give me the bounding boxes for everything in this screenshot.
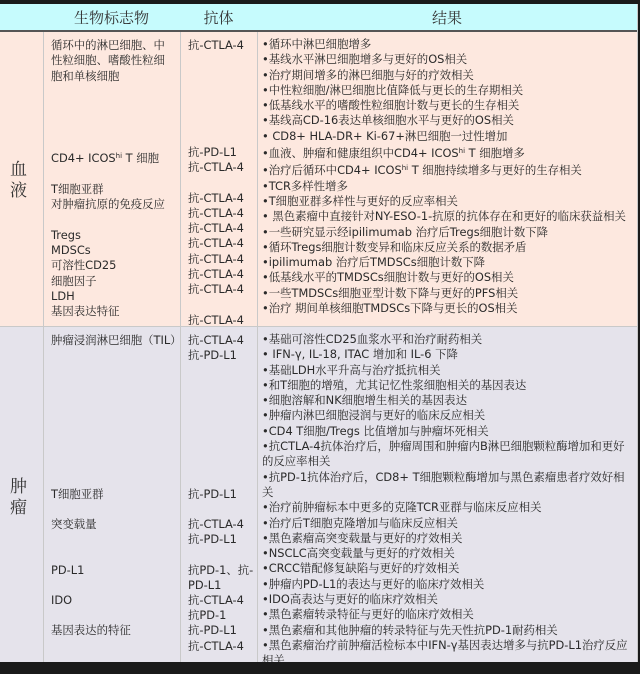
antibody-cell: 抗-CTLA-4 <box>188 221 258 236</box>
antibody-cell: 抗-PD-L1 <box>188 145 258 160</box>
result-item: •一些TMDSCs细胞亚型计数下降与更好的PFS相关 <box>262 286 634 301</box>
tumor-section: 肿瘤 肿瘤浸润淋巴细胞（TIL）T细胞亚群突变载量PD-L1IDO基因表达的特征… <box>0 327 637 662</box>
antibody-cell: 抗-CTLA-4 <box>188 191 258 206</box>
antibody-cell: 抗-CTLA-4 <box>188 252 258 267</box>
result-item: •黑色素瘤和其他肿瘤的转录特征与先天性抗PD-1耐药相关 <box>262 623 634 638</box>
antibody-cell: 抗-CTLA-4 <box>188 267 258 282</box>
biomarker-cell: PD-L1 <box>51 563 176 578</box>
antibody-cell: 抗-CTLA-4 <box>188 206 258 221</box>
result-item: •治疗期间增多的淋巴细胞与好的疗效相关 <box>262 68 634 83</box>
antibody-cell: 抗-CTLA-4 <box>188 38 258 53</box>
blood-section: 血液 循环中的淋巴细胞、中性粒细胞、嗜酸性粒细胞和单核细胞CD4+ ICOShi… <box>0 32 637 327</box>
result-item: •抗PD-1抗体治疗后，CD8+ T细胞颗粒酶增加与黑色素瘤患者疗效好相关 <box>262 470 634 501</box>
result-item: •CRCC错配修复缺陷与更好的疗效相关 <box>262 561 634 576</box>
bottom-frame <box>0 662 640 674</box>
result-item: •基线水平淋巴细胞增多与更好的OS相关 <box>262 52 634 67</box>
results-list: •循环中淋巴细胞增多•基线水平淋巴细胞增多与更好的OS相关•治疗期间增多的淋巴细… <box>262 37 634 316</box>
result-item: •血液、肿瘤和健康组织中CD4+ ICOShi T 细胞增多 <box>262 144 634 161</box>
biomarker-cell: 细胞因子 <box>51 274 176 289</box>
biomarker-cell: T细胞亚群 <box>51 182 176 197</box>
biomarker-cell: 肿瘤浸润淋巴细胞（TIL） <box>51 333 176 348</box>
result-item: •NSCLC高突变载量与更好的疗效相关 <box>262 546 634 561</box>
result-item: •治疗后T细胞克隆增加与临床反应相关 <box>262 516 634 531</box>
result-item: •治疗前肿瘤标本中更多的克隆TCR亚群与临床反应相关 <box>262 500 634 515</box>
result-item: • IFN-γ, IL-18, ITAC 增加和 IL-6 下降 <box>262 347 634 362</box>
biomarker-cell: T细胞亚群 <box>51 487 176 502</box>
biomarker-cell: 基因表达的特征 <box>51 623 176 638</box>
result-item: •循环中淋巴细胞增多 <box>262 37 634 52</box>
biomarker-table: 生物标志物 抗体 结果 血液 循环中的淋巴细胞、中性粒细胞、嗜酸性粒细胞和单核细… <box>0 4 638 662</box>
antibody-cell: 抗-CTLA-4 <box>188 333 258 348</box>
result-item: • 黑色素瘤中直接针对NY-ESO-1-抗原的抗体存在和更好的临床获益相关 <box>262 209 634 224</box>
result-item: •肿瘤内PD-L1的表达与更好的临床疗效相关 <box>262 577 634 592</box>
biomarker-cell: Tregs <box>51 228 176 243</box>
biomarker-cell: 对肿瘤抗原的免疫反应 <box>51 197 176 212</box>
result-item: •低基线水平的嗜酸性粒细胞计数与更长的生存相关 <box>262 98 634 113</box>
header-result: 结果 <box>257 7 637 28</box>
biomarker-cell: CD4+ ICOShi T 细胞 <box>51 149 176 166</box>
biomarker-cell: 循环中的淋巴细胞、中性粒细胞、嗜酸性粒细胞和单核细胞 <box>51 38 176 84</box>
result-item: •黑色素瘤转录特征与更好的临床疗效相关 <box>262 607 634 622</box>
biomarker-cell: 可溶性CD25 <box>51 258 176 273</box>
antibody-cell: 抗-CTLA-4 <box>188 160 258 175</box>
result-item: •CD4 T细胞/Tregs 比值增加与肿瘤坏死相关 <box>262 424 634 439</box>
biomarker-cell: IDO <box>51 593 176 608</box>
result-item: •基础LDH水平升高与治疗抵抗相关 <box>262 363 634 378</box>
blood-label: 血液 <box>10 160 32 202</box>
antibody-cell: 抗-PD-L1 <box>188 487 258 502</box>
result-item: •T细胞亚群多样性与更好的反应率相关 <box>262 194 634 209</box>
tumor-label: 肿瘤 <box>10 477 32 519</box>
biomarker-cell: LDH <box>51 289 176 304</box>
antibody-cell: 抗-CTLA-4 <box>188 282 258 297</box>
header-antibody: 抗体 <box>180 7 257 28</box>
result-item: •循环Tregs细胞计数变异和临床反应关系的数据矛盾 <box>262 240 634 255</box>
result-item: •中性粒细胞/淋巴细胞比值降低与更长的生存期相关 <box>262 83 634 98</box>
biomarker-cell: MDSCs <box>51 243 176 258</box>
result-item: •低基线水平的TMDSCs细胞计数与更好的OS相关 <box>262 270 634 285</box>
result-item: •基础可溶性CD25血浆水平和治疗耐药相关 <box>262 332 634 347</box>
results-list: •基础可溶性CD25血浆水平和治疗耐药相关• IFN-γ, IL-18, ITA… <box>262 332 634 669</box>
result-item: •细胞溶解和NK细胞增生相关的基因表达 <box>262 393 634 408</box>
result-item: •治疗 期间单核细胞TMDSCs下降与更长的OS相关 <box>262 301 634 316</box>
antibody-cell: 抗PD-1 <box>188 608 258 623</box>
result-item: •和T细胞的增殖，尤其记忆性浆细胞相关的基因表达 <box>262 378 634 393</box>
result-item: •黑色素瘤高突变载量与更好的疗效相关 <box>262 531 634 546</box>
result-item: •抗CTLA-4抗体治疗后，肿瘤周围和肿瘤内B淋巴细胞颗粒酶增加和更好的反应率相… <box>262 439 634 470</box>
antibody-cell: 抗-PD-L1 <box>188 348 258 363</box>
antibody-cell: 抗-CTLA-4 <box>188 593 258 608</box>
result-item: •治疗后循环中CD4+ ICOShi T 细胞持续增多与更好的生存相关 <box>262 161 634 178</box>
result-item: •一些研究显示经ipilimumab 治疗后Tregs细胞计数下降 <box>262 225 634 240</box>
biomarker-cell: 基因表达特征 <box>51 304 176 319</box>
antibody-cell: 抗-CTLA-4 <box>188 313 258 328</box>
antibody-cell: 抗-PD-L1 <box>188 532 258 547</box>
antibody-cell: 抗PD-1、抗-PD-L1 <box>188 563 258 594</box>
result-item: •IDO高表达与更好的临床疗效相关 <box>262 592 634 607</box>
biomarker-cell: 突变载量 <box>51 517 176 532</box>
antibody-cell: 抗-PD-L1 <box>188 623 258 638</box>
result-item: • CD8+ HLA-DR+ Ki-67+淋巴细胞一过性增加 <box>262 129 634 144</box>
header-marker: 生物标志物 <box>43 7 180 28</box>
antibody-cell: 抗-CTLA-4 <box>188 639 258 654</box>
antibody-cell: 抗-CTLA-4 <box>188 236 258 251</box>
table-header: 生物标志物 抗体 结果 <box>0 4 637 32</box>
result-item: •TCR多样性增多 <box>262 179 634 194</box>
result-item: •肿瘤内淋巴细胞浸润与更好的临床反应相关 <box>262 408 634 423</box>
antibody-cell: 抗-CTLA-4 <box>188 517 258 532</box>
result-item: •基线高CD-16表达单核细胞水平与更好的OS相关 <box>262 113 634 128</box>
result-item: •ipilimumab 治疗后TMDSCs细胞计数下降 <box>262 255 634 270</box>
